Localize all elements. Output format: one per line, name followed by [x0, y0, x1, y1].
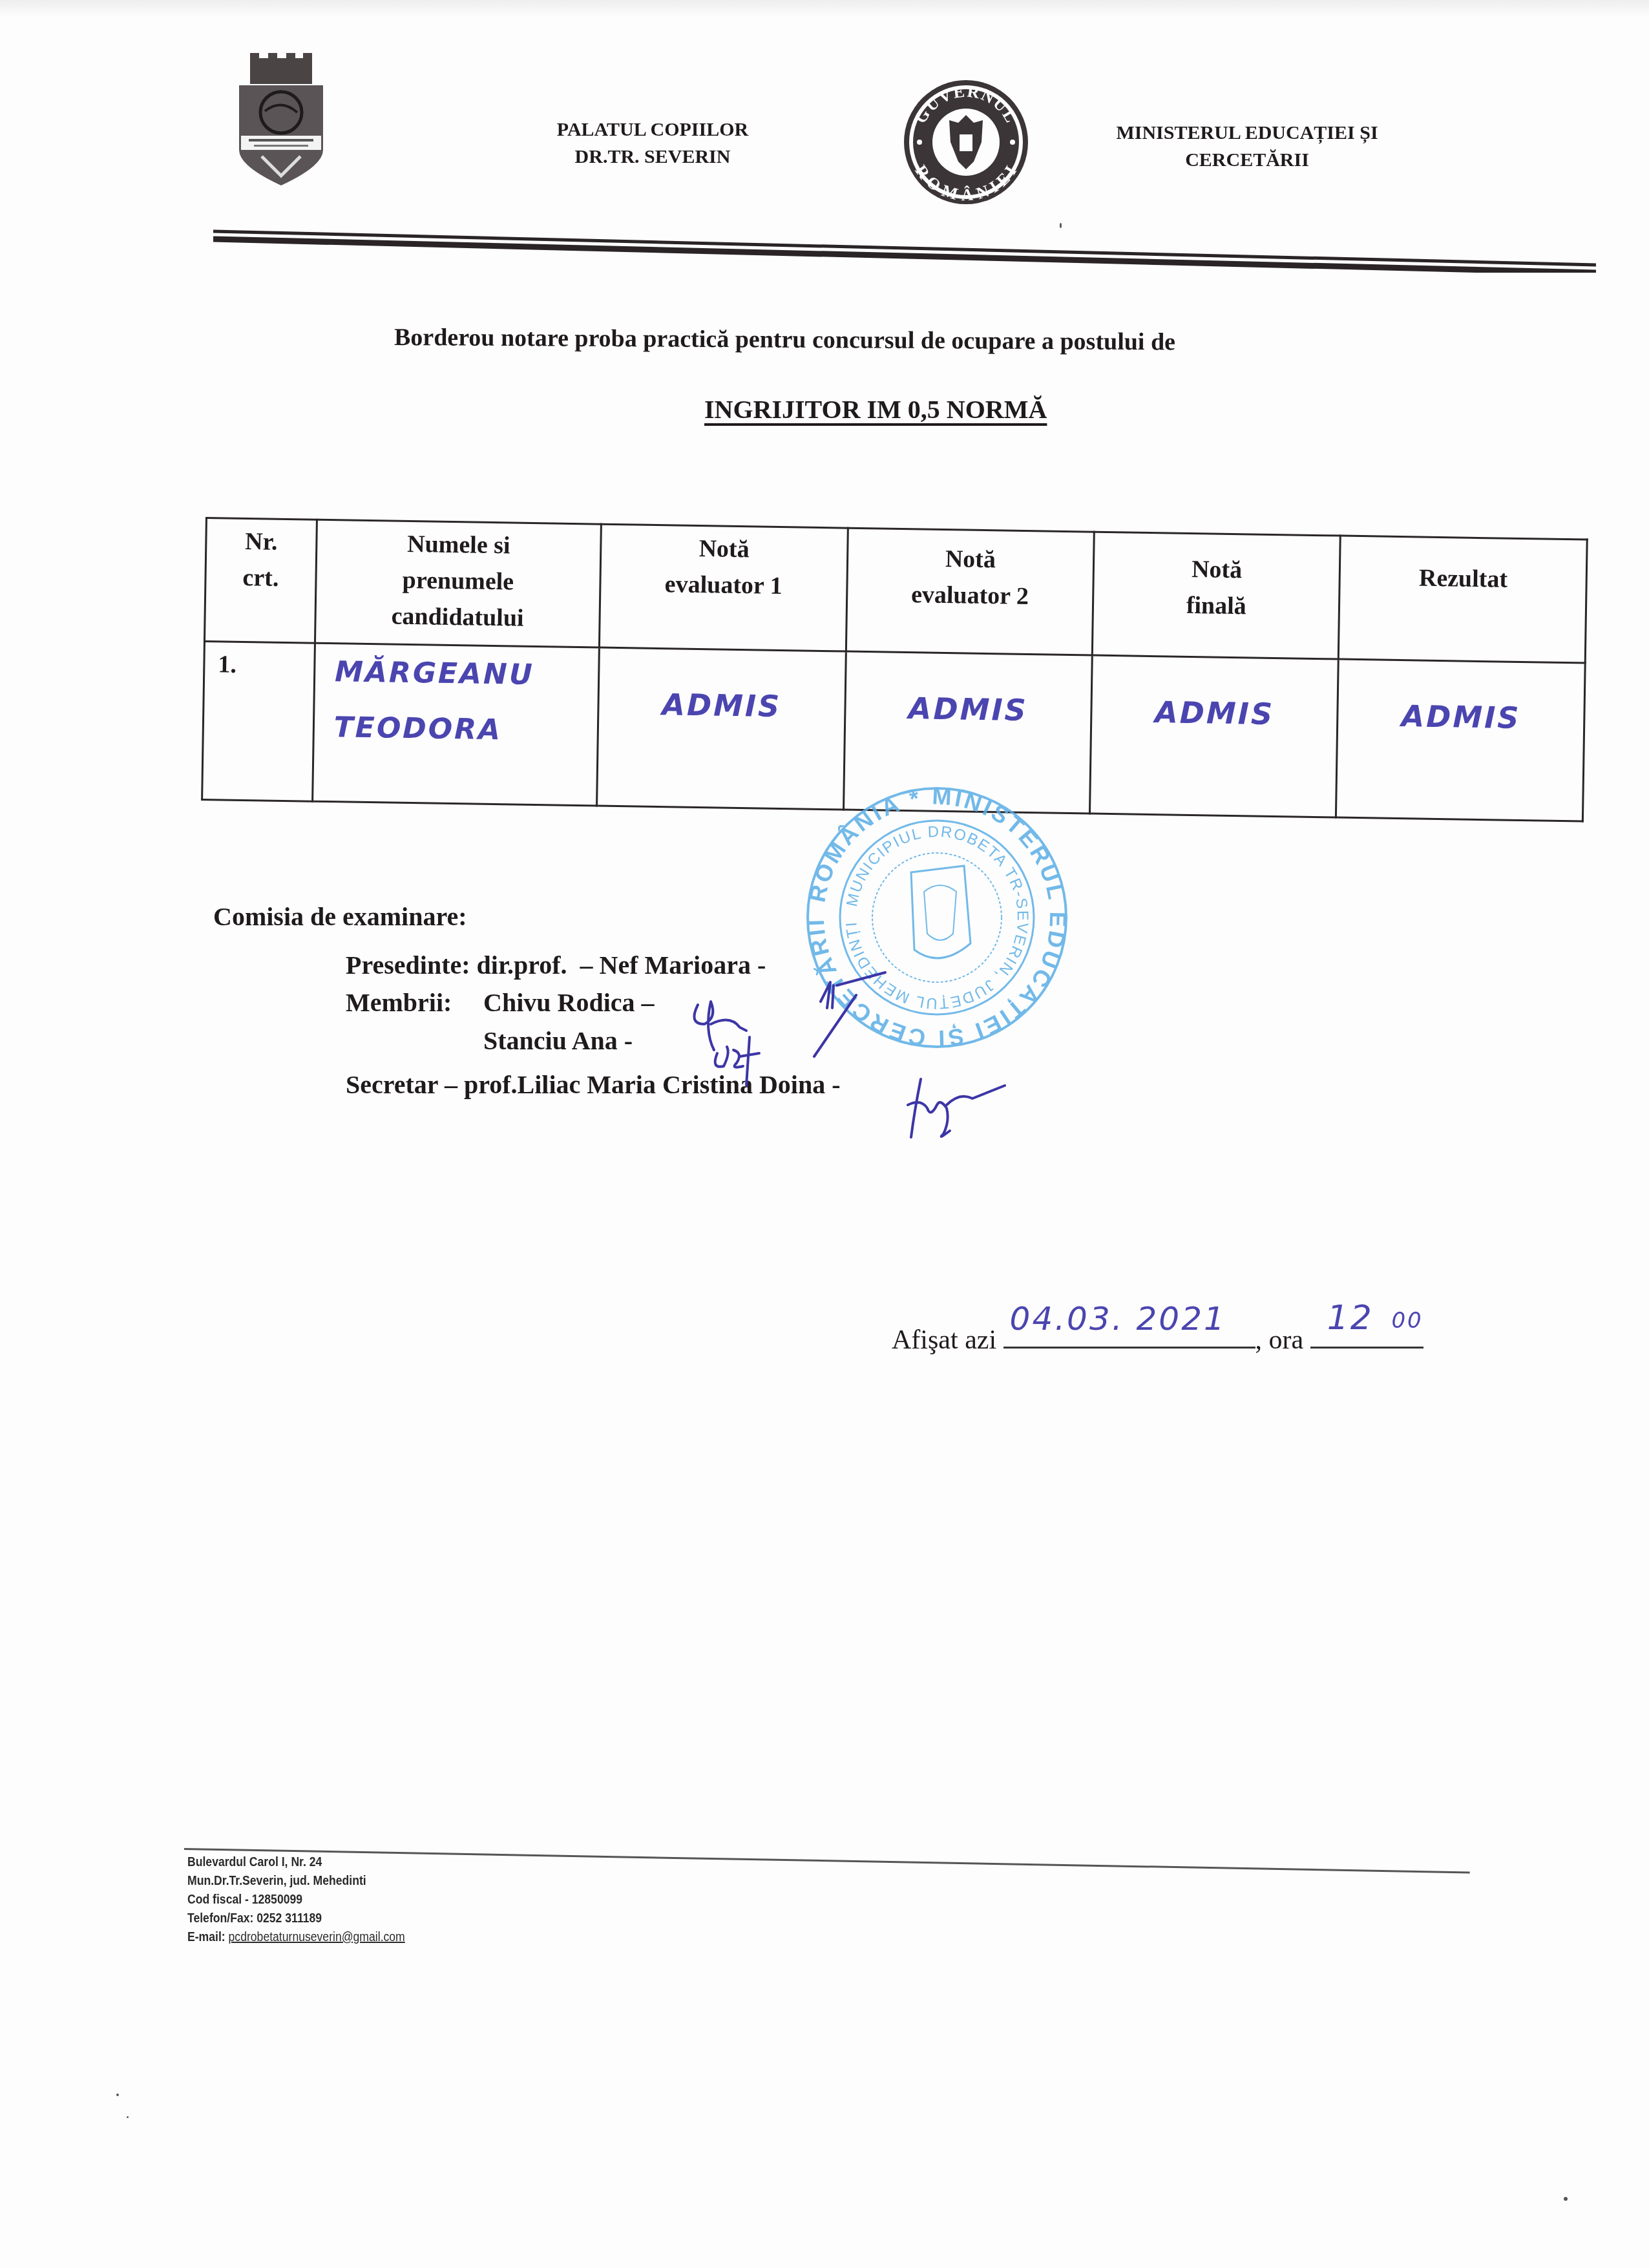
- footer-email-link[interactable]: pcdrobetaturnuseverin@gmail.com: [229, 1930, 405, 1944]
- ministry-name: MINISTERUL EDUCAȚIEI ȘI CERCETĂRII: [1066, 120, 1428, 174]
- footer-city: Mun.Dr.Tr.Severin, jud. Mehedinti: [187, 1872, 405, 1891]
- committee-heading: Comisia de examinare:: [213, 901, 467, 932]
- committee-president: Presedinte: dir.prof. – Nef Marioara -: [346, 950, 766, 980]
- institution-line-2: DR.TR. SEVERIN: [504, 143, 801, 171]
- scan-speck: [127, 2116, 129, 2118]
- posted-line: Afişat azi 04.03. 2021 , ora 12 00: [892, 1325, 1423, 1356]
- scan-speck: [1564, 2197, 1568, 2201]
- ministry-line-2: CERCETĂRII: [1066, 147, 1428, 174]
- header-double-rule: [213, 226, 1596, 273]
- committee-members-label: Membrii:: [346, 987, 452, 1018]
- committee-member-1: Chivu Rodica –: [483, 987, 655, 1018]
- position-title: INGRIJITOR IM 0,5 NORMĂ: [704, 394, 1047, 425]
- signature-member-2-icon: [708, 1027, 772, 1092]
- posted-date-field: 04.03. 2021: [1003, 1347, 1255, 1349]
- grading-table: Nr.crt. Numele siprenumelecandidatului N…: [201, 517, 1588, 823]
- footer-contact: Bulevardul Carol I, Nr. 24 Mun.Dr.Tr.Sev…: [187, 1853, 405, 1947]
- signature-secretary-icon: [901, 1073, 1018, 1144]
- scan-edge-shadow: [0, 0, 1649, 17]
- candidate-name: MĂRGEANU TEODORA: [313, 643, 600, 806]
- footer-email-label: E-mail:: [187, 1930, 226, 1944]
- footer-address: Bulevardul Carol I, Nr. 24: [187, 1853, 405, 1872]
- col-header-name: Numele siprenumelecandidatului: [315, 520, 601, 647]
- posted-hour-field: 12 00: [1310, 1347, 1423, 1349]
- footer-phone: Telefon/Fax: 0252 311189: [187, 1909, 405, 1928]
- scan-speck: [1060, 223, 1062, 228]
- institution-name: PALATUL COPIILOR DR.TR. SEVERIN: [504, 116, 801, 171]
- posted-minutes: 00: [1391, 1308, 1423, 1334]
- committee-member-2: Stanciu Ana -: [483, 1025, 633, 1056]
- guvernul-romaniei-seal-icon: GUVERNUL ROMÂNIEI: [901, 78, 1031, 207]
- signature-president-icon: [808, 956, 976, 1060]
- posted-hour: 12: [1327, 1299, 1374, 1338]
- grade-final: ADMIS: [1089, 655, 1338, 817]
- palatul-copiilor-logo-icon: [236, 53, 326, 185]
- row-number: 1.: [202, 641, 315, 801]
- col-header-nr: Nr.crt.: [204, 518, 317, 644]
- table-header-row: Nr.crt. Numele siprenumelecandidatului N…: [204, 518, 1587, 664]
- posted-date: 04.03. 2021: [1010, 1300, 1226, 1338]
- col-header-final: Notăfinală: [1092, 532, 1340, 659]
- scan-speck: [116, 2094, 119, 2096]
- footer-email-row: E-mail: pcdrobetaturnuseverin@gmail.com: [187, 1928, 405, 1947]
- result: ADMIS: [1336, 659, 1585, 821]
- institution-line-1: PALATUL COPIILOR: [504, 116, 801, 143]
- ministry-line-1: MINISTERUL EDUCAȚIEI ȘI: [1066, 120, 1428, 147]
- footer-fiscal-code: Cod fiscal - 12850099: [187, 1891, 405, 1909]
- col-header-evaluator-2: Notăevaluator 2: [846, 528, 1094, 655]
- col-header-result: Rezultat: [1339, 536, 1587, 663]
- col-header-evaluator-1: Notăevaluator 1: [599, 524, 847, 651]
- ora-label: , ora: [1255, 1325, 1304, 1355]
- posted-label: Afişat azi: [892, 1325, 996, 1355]
- document-title: Borderou notare proba practică pentru co…: [394, 323, 1428, 358]
